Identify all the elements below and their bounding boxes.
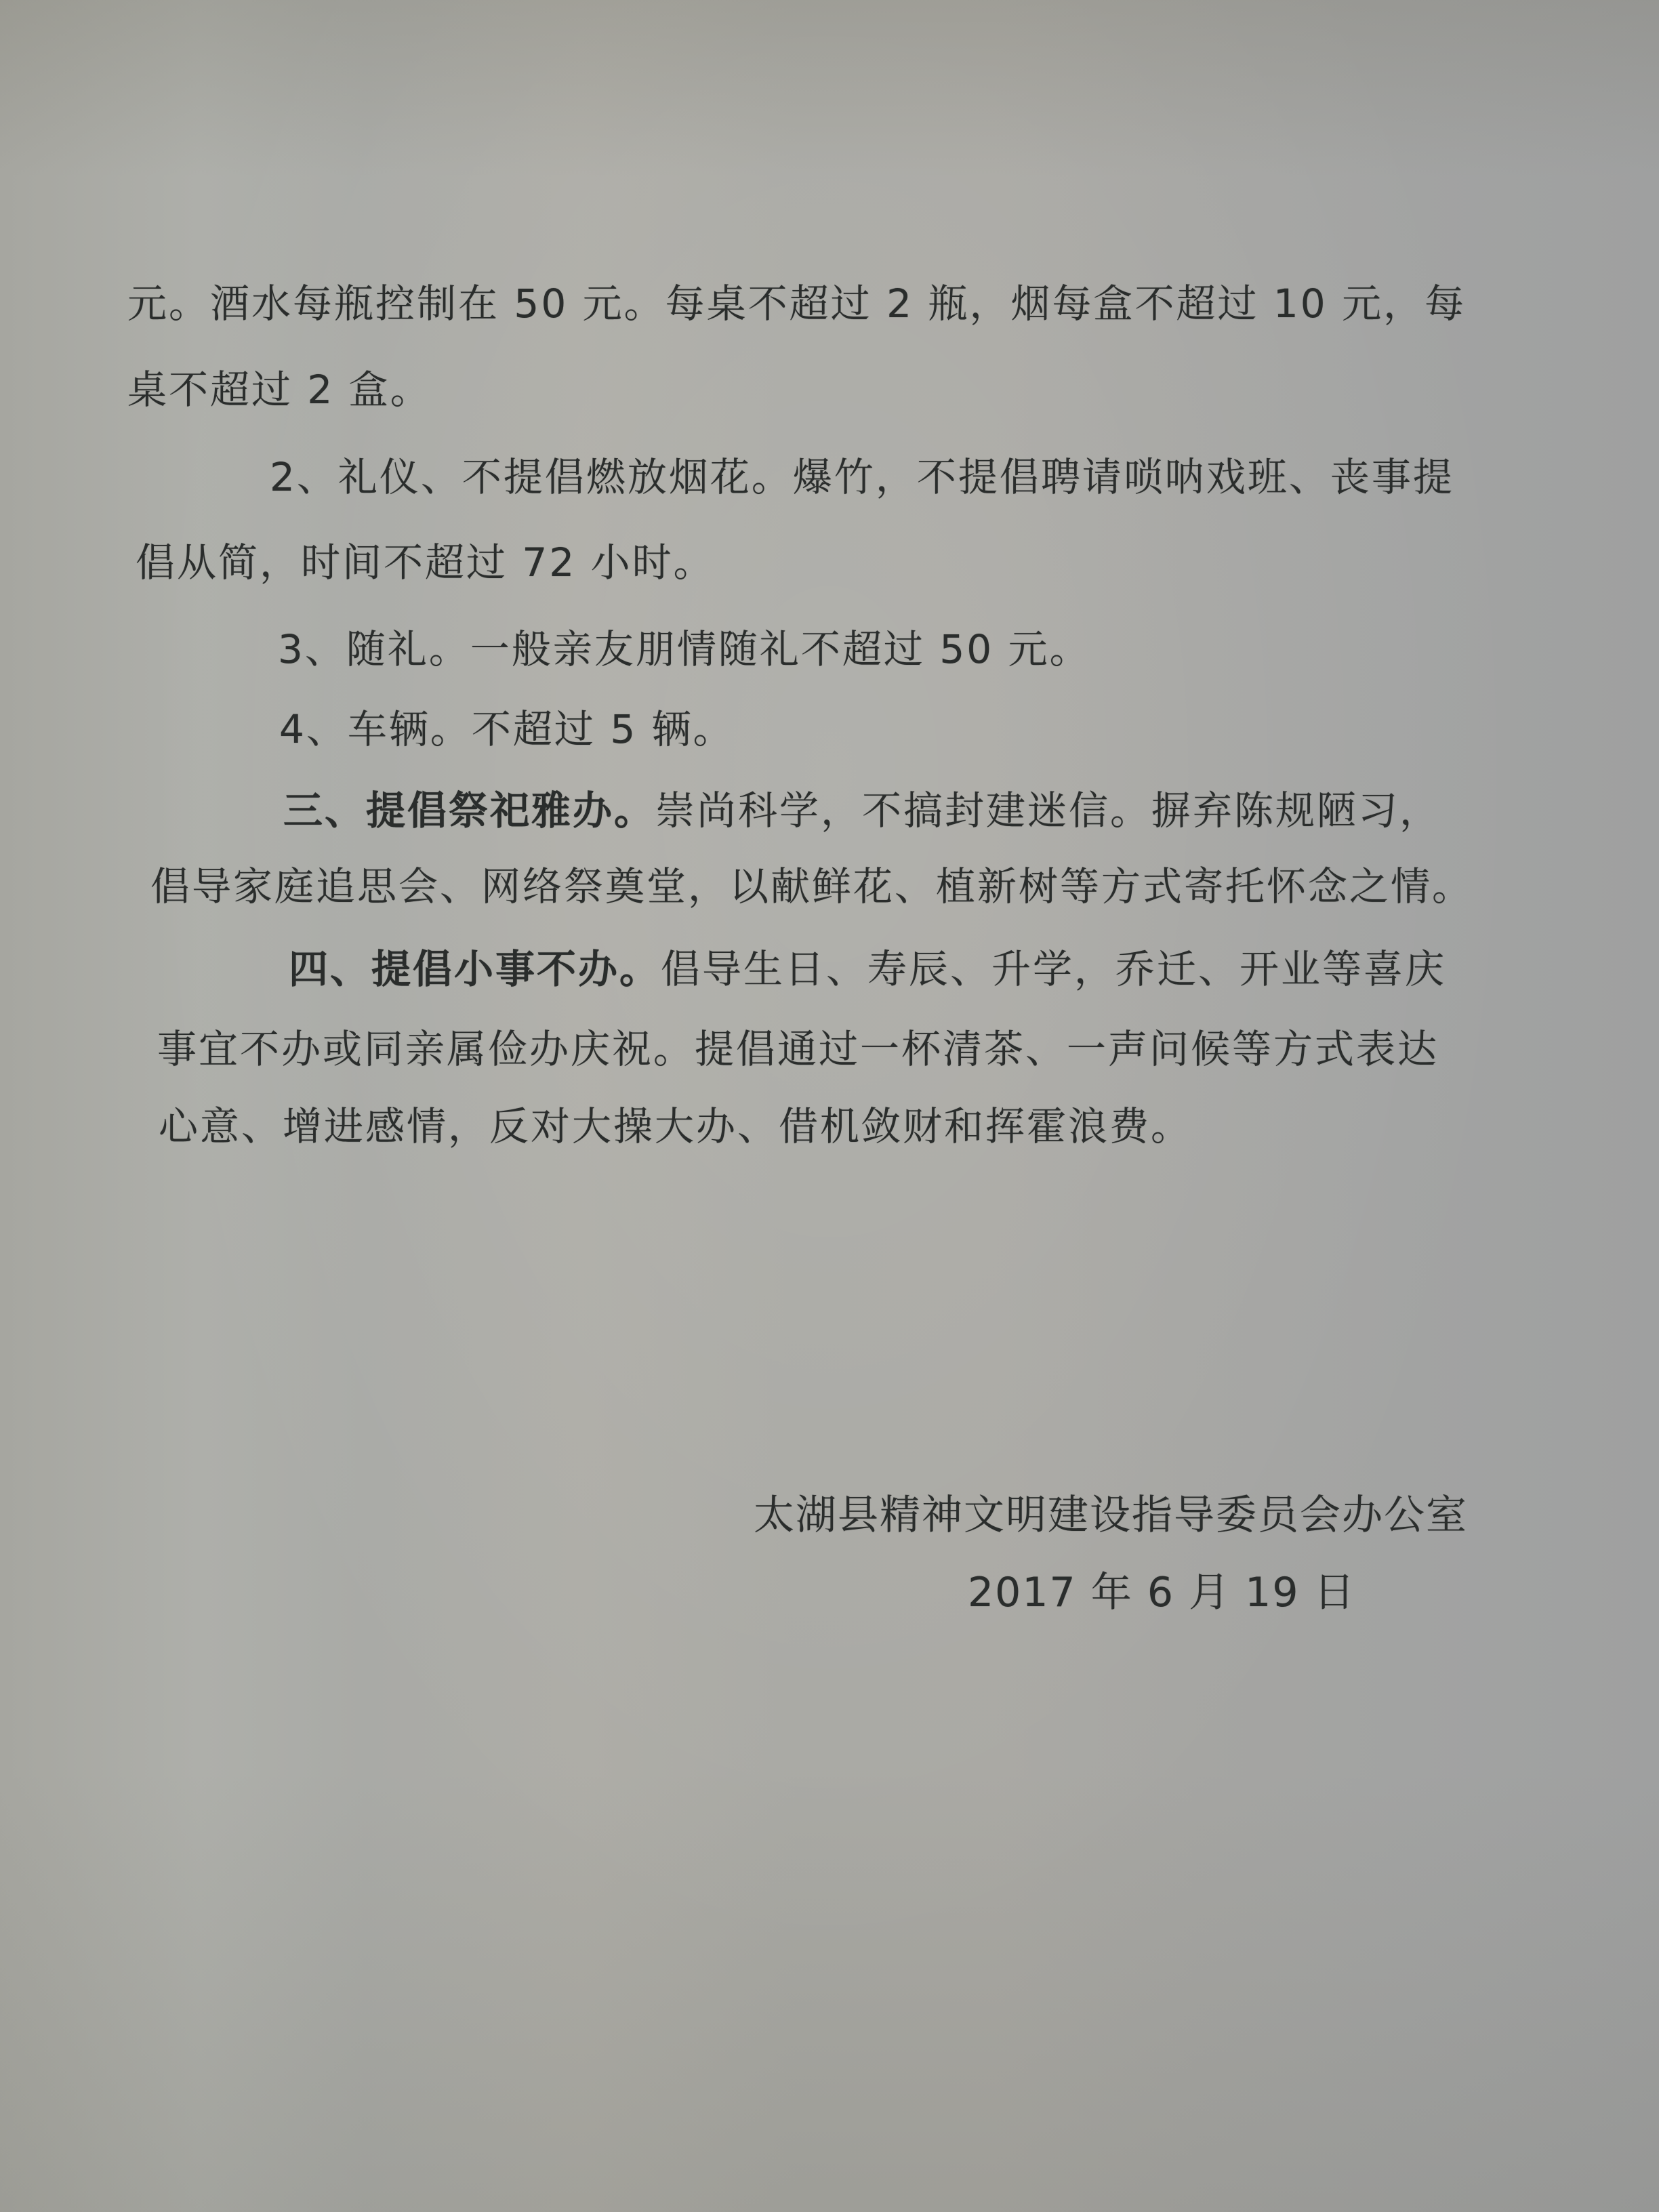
- signature-date: 2017 年 6 月 19 日: [968, 1565, 1356, 1620]
- section-3-line-1: 三、提倡祭祀雅办。崇尚科学，不搞封建迷信。摒弃陈规陋习，: [283, 783, 1441, 838]
- item-2-line-1: 2、礼仪、不提倡燃放烟花。爆竹，不提倡聘请唢呐戏班、丧事提: [270, 450, 1454, 504]
- section-3-text: 崇尚科学，不搞封建迷信。摒弃陈规陋习，: [655, 787, 1441, 834]
- section-4-line-2: 事宜不办或同亲属俭办庆祝。提倡通过一杯清茶、一声问候等方式表达: [157, 1022, 1439, 1076]
- section-4-heading: 四、提倡小事不办。: [289, 946, 661, 992]
- section-4-line-3: 心意、增进感情，反对大操大办、借机敛财和挥霍浪费。: [159, 1099, 1192, 1153]
- paragraph-continuation-line-1: 元。酒水每瓶控制在 50 元。每桌不超过 2 瓶，烟每盒不超过 10 元，每: [127, 276, 1466, 331]
- section-3-line-2: 倡导家庭追思会、网络祭奠堂，以献鲜花、植新树等方式寄托怀念之情。: [150, 859, 1473, 914]
- section-4-line-1: 四、提倡小事不办。倡导生日、寿辰、升学，乔迁、开业等喜庆: [289, 942, 1446, 996]
- signature-organization: 太湖县精神文明建设指导委员会办公室: [754, 1488, 1468, 1542]
- paragraph-continuation-line-2: 桌不超过 2 盒。: [127, 363, 432, 417]
- item-3-line-1: 3、随礼。一般亲友朋情随礼不超过 50 元。: [278, 622, 1091, 676]
- item-4-line-1: 4、车辆。不超过 5 辆。: [279, 702, 735, 756]
- section-3-heading: 三、提倡祭祀雅办。: [283, 787, 655, 834]
- document-page: 元。酒水每瓶控制在 50 元。每桌不超过 2 瓶，烟每盒不超过 10 元，每 桌…: [0, 0, 1659, 2212]
- section-4-text: 倡导生日、寿辰、升学，乔迁、开业等喜庆: [661, 946, 1446, 992]
- item-2-line-2: 倡从简，时间不超过 72 小时。: [136, 535, 715, 590]
